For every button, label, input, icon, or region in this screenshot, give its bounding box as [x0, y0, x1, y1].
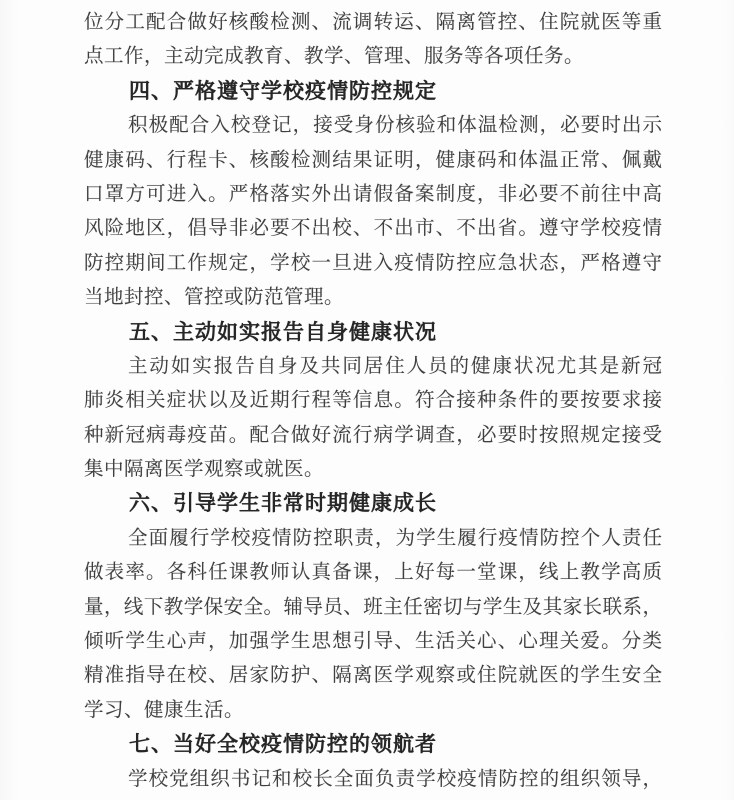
paragraph-line: 肺炎相关症状以及近期行程等信息。符合接种条件的要按要求接: [84, 384, 662, 418]
paragraph-line: 点工作，主动完成教育、教学、管理、服务等各项任务。: [84, 40, 662, 74]
paragraph-line: 当地封控、管控或防范管理。: [84, 281, 662, 315]
paragraph-line: 量，线下教学保安全。辅导员、班主任密切与学生及其家长联系，: [84, 591, 662, 625]
paragraph-line: 主动如实报告自身及共同居住人员的健康状况尤其是新冠: [84, 350, 662, 384]
paragraph-line: 集中隔离医学观察或就医。: [84, 453, 662, 487]
section-7-heading: 七、当好全校疫情防控的领航者: [84, 728, 662, 762]
paragraph-line: 防控期间工作规定，学校一旦进入疫情防控应急状态，严格遵守: [84, 247, 662, 281]
section-4-heading: 四、严格遵守学校疫情防控规定: [84, 75, 662, 109]
paragraph-line: 健康码、行程卡、核酸检测结果证明，健康码和体温正常、佩戴: [84, 144, 662, 178]
paragraph-line: 风险地区，倡导非必要不出校、不出市、不出省。遵守学校疫情: [84, 212, 662, 246]
section-5-heading: 五、主动如实报告自身健康状况: [84, 316, 662, 350]
paragraph-line: 口罩方可进入。严格落实外出请假备案制度，非必要不前往中高: [84, 178, 662, 212]
document-page: 位分工配合做好核酸检测、流调转运、隔离管控、住院就医等重 点工作，主动完成教育、…: [0, 0, 734, 800]
paragraph-line: 积极配合入校登记，接受身份核验和体温检测，必要时出示: [84, 109, 662, 143]
paragraph-line: 全面履行学校疫情防控职责，为学生履行疫情防控个人责任: [84, 522, 662, 556]
paragraph-line: 学校党组织书记和校长全面负责学校疫情防控的组织领导，: [84, 763, 662, 797]
paragraph-line: 位分工配合做好核酸检测、流调转运、隔离管控、住院就医等重: [84, 6, 662, 40]
paragraph-line: 种新冠病毒疫苗。配合做好流行病学调查，必要时按照规定接受: [84, 419, 662, 453]
section-6-heading: 六、引导学生非常时期健康成长: [84, 487, 662, 521]
paragraph-line: 精准指导在校、居家防护、隔离医学观察或住院就医的学生安全: [84, 659, 662, 693]
paragraph-line: 做表率。各科任课教师认真备课，上好每一堂课，线上教学高质: [84, 556, 662, 590]
paragraph-line: 倾听学生心声，加强学生思想引导、生活关心、心理关爱。分类: [84, 625, 662, 659]
document-text-block: 位分工配合做好核酸检测、流调转运、隔离管控、住院就医等重 点工作，主动完成教育、…: [84, 6, 662, 797]
paragraph-line: 学习、健康生活。: [84, 694, 662, 728]
